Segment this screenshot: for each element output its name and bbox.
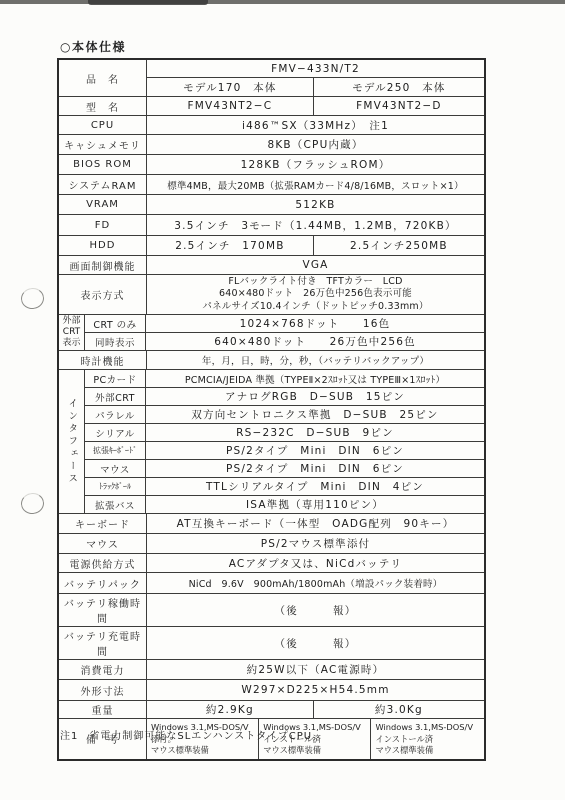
row-label: 消費電力 <box>59 660 147 679</box>
row-bios-rom: BIOS ROM 128KB（フラッシュROM） <box>59 154 484 174</box>
remarks-col-3: Windows 3.1,MS-DOS/V インストール済 マウス標準装備 <box>371 719 484 759</box>
sub-row-value: PS/2タイプ Mini DIN 6ピン <box>146 460 484 477</box>
row-value: （後 報） <box>147 594 484 626</box>
interface-group-label-text: インタフェース <box>66 398 77 486</box>
sub-row-value: PCMCIA/JEIDA 準拠（TYPEⅡ×2ｽﾛｯﾄ又は TYPEⅢ×1ｽﾛｯ… <box>146 370 484 387</box>
row-power-supply: 電源供給方式 ACアダプタ又は、NiCdバッテリ <box>59 553 484 572</box>
sub-row-label: CRT のみ <box>85 315 146 332</box>
row-label: 表示方式 <box>59 275 147 314</box>
row-battery-run-time: バッテリ稼働時間 （後 報） <box>59 593 484 626</box>
scan-artifact-top-band <box>0 0 565 4</box>
sub-row-value: アナログRGB D−SUB 15ピン <box>146 388 484 405</box>
row-label: FD <box>59 215 147 235</box>
sub-row-label: 外部CRT <box>85 388 146 405</box>
row-value: 8KB（CPU内蔵） <box>147 135 484 154</box>
row-label: バッテリ稼働時間 <box>59 594 147 626</box>
row-battery-pack: バッテリパック NiCd 9.6V 900mAh/1800mAh（増設パック装着… <box>59 572 484 593</box>
product-model-170: モデル170 本体 <box>147 78 314 96</box>
model-no-b: FMV43NT2−D <box>314 97 484 115</box>
row-value: FLバックライト付き TFTカラー LCD 640×480ドット 26万色中25… <box>147 275 484 314</box>
ext-crt-group-label: 外部 CRT 表示 <box>59 315 85 350</box>
sub-row-value: 640×480ドット 26万色中256色 <box>146 333 484 350</box>
row-value: i486™SX（33MHz） 注1 <box>147 116 484 134</box>
sub-row-label: マウス <box>85 460 146 477</box>
sub-row-value: 双方向セントロニクス準拠 D−SUB 25ピン <box>146 406 484 423</box>
row-label: BIOS ROM <box>59 155 147 174</box>
row-value: 3.5インチ 3モード（1.44MB，1.2MB，720KB） <box>147 215 484 235</box>
interface-row-ext-keyboard: 拡張ｷｰﾎﾞｰﾄﾞ PS/2タイプ Mini DIN 6ピン <box>85 441 484 459</box>
punch-hole-mark <box>20 492 46 516</box>
product-model-250: モデル250 本体 <box>314 78 484 96</box>
row-value: PS/2マウス標準添付 <box>147 534 484 553</box>
sub-row-label: 同時表示 <box>85 333 146 350</box>
row-label: マウス <box>59 534 147 553</box>
sub-row-value: 1024×768ドット 16色 <box>146 315 484 332</box>
hdd-a: 2.5インチ 170MB <box>147 236 314 255</box>
row-label: バッテリ充電時間 <box>59 627 147 659</box>
model-no-a: FMV43NT2−C <box>147 97 314 115</box>
sub-row-value: RS−232C D−SUB 9ピン <box>146 424 484 441</box>
weight-a: 約2.9Kg <box>147 701 314 718</box>
scanned-spec-page: ○本体仕様 品 名 FMV−433N/T2 モデル170 本体 モデル250 本… <box>0 0 565 800</box>
row-product: 品 名 FMV−433N/T2 モデル170 本体 モデル250 本体 <box>59 60 484 96</box>
row-value: 128KB（フラッシュROM） <box>147 155 484 174</box>
row-mouse: マウス PS/2マウス標準添付 <box>59 533 484 553</box>
interface-row-ext-bus: 拡張バス ISA準拠（専用110ピン） <box>85 495 484 513</box>
row-label: 時計機能 <box>59 351 147 369</box>
weight-b: 約3.0Kg <box>314 701 484 718</box>
sub-row-label: 拡張バス <box>85 496 146 513</box>
row-system-ram: システムRAM 標準4MB，最大20MB（拡張RAMカード4/8/16MB，スロ… <box>59 174 484 194</box>
row-interface-group: インタフェース PCカード PCMCIA/JEIDA 準拠（TYPEⅡ×2ｽﾛｯ… <box>59 369 484 513</box>
row-label: キーボード <box>59 514 147 533</box>
row-value: NiCd 9.6V 900mAh/1800mAh（増設パック装着時） <box>147 573 484 593</box>
row-display-mode: 表示方式 FLバックライト付き TFTカラー LCD 640×480ドット 26… <box>59 274 484 314</box>
hdd-b: 2.5インチ250MB <box>314 236 484 255</box>
row-label: 画面制御機能 <box>59 256 147 274</box>
row-cpu: CPU i486™SX（33MHz） 注1 <box>59 115 484 134</box>
spec-table: 品 名 FMV−433N/T2 モデル170 本体 モデル250 本体 型 名 … <box>57 58 486 761</box>
row-vram: VRAM 512KB <box>59 194 484 214</box>
row-label: 外形寸法 <box>59 680 147 700</box>
interface-row-parallel: パラレル 双方向セントロニクス準拠 D−SUB 25ピン <box>85 405 484 423</box>
row-value: VGA <box>147 256 484 274</box>
row-display-ctrl: 画面制御機能 VGA <box>59 255 484 274</box>
row-label: HDD <box>59 236 147 255</box>
interface-group-label: インタフェース <box>59 370 85 513</box>
row-hdd: HDD 2.5インチ 170MB 2.5インチ250MB <box>59 235 484 255</box>
interface-row-ext-crt: 外部CRT アナログRGB D−SUB 15ピン <box>85 387 484 405</box>
sub-row-label: ﾄﾗｯｸﾎﾞｰﾙ <box>85 478 146 495</box>
row-label: 電源供給方式 <box>59 554 147 572</box>
row-ext-crt: 外部 CRT 表示 CRT のみ 1024×768ドット 16色 同時表示 64… <box>59 314 484 350</box>
row-dimensions: 外形寸法 W297×D225×H54.5mm <box>59 679 484 700</box>
sub-row-label: シリアル <box>85 424 146 441</box>
row-label: VRAM <box>59 195 147 214</box>
row-value: 512KB <box>147 195 484 214</box>
interface-row-trackball: ﾄﾗｯｸﾎﾞｰﾙ TTLシリアルタイプ Mini DIN 4ピン <box>85 477 484 495</box>
product-series: FMV−433N/T2 <box>147 60 484 78</box>
sub-row-value: ISA準拠（専用110ピン） <box>146 496 484 513</box>
sub-row-value: PS/2タイプ Mini DIN 6ピン <box>146 442 484 459</box>
row-label: 型 名 <box>59 97 147 115</box>
interface-row-mouse: マウス PS/2タイプ Mini DIN 6ピン <box>85 459 484 477</box>
interface-row-pc-card: PCカード PCMCIA/JEIDA 準拠（TYPEⅡ×2ｽﾛｯﾄ又は TYPE… <box>85 370 484 387</box>
row-label: 重量 <box>59 701 147 718</box>
row-model-no: 型 名 FMV43NT2−C FMV43NT2−D <box>59 96 484 115</box>
punch-hole-mark <box>20 287 46 311</box>
row-value: 年，月，日，時，分，秒，（バッテリバックアップ） <box>147 351 484 369</box>
row-clock: 時計機能 年，月，日，時，分，秒，（バッテリバックアップ） <box>59 350 484 369</box>
row-value: AT互換キーボード（一体型 OADG配列 90キー） <box>147 514 484 533</box>
sub-row-label: パラレル <box>85 406 146 423</box>
row-keyboard: キーボード AT互換キーボード（一体型 OADG配列 90キー） <box>59 513 484 533</box>
row-cache: キャシュメモリ 8KB（CPU内蔵） <box>59 134 484 154</box>
row-label: バッテリパック <box>59 573 147 593</box>
row-value: ACアダプタ又は、NiCdバッテリ <box>147 554 484 572</box>
footnote: 注1 省電力制御可能なSLエンハンストタイプCPU。 <box>60 727 323 742</box>
row-value: W297×D225×H54.5mm <box>147 680 484 700</box>
ext-crt-only-row: CRT のみ 1024×768ドット 16色 <box>85 315 484 332</box>
row-power-consumption: 消費電力 約25W以下（AC電源時） <box>59 659 484 679</box>
row-label: 品 名 <box>59 60 147 96</box>
sub-row-label: PCカード <box>85 370 146 387</box>
row-value: （後 報） <box>147 627 484 659</box>
row-battery-charge-time: バッテリ充電時間 （後 報） <box>59 626 484 659</box>
row-fd: FD 3.5インチ 3モード（1.44MB，1.2MB，720KB） <box>59 214 484 235</box>
page-title: ○本体仕様 <box>60 38 126 55</box>
row-label: CPU <box>59 116 147 134</box>
row-weight: 重量 約2.9Kg 約3.0Kg <box>59 700 484 718</box>
row-label: システムRAM <box>59 175 147 194</box>
sub-row-value: TTLシリアルタイプ Mini DIN 4ピン <box>146 478 484 495</box>
row-value: 約25W以下（AC電源時） <box>147 660 484 679</box>
row-label: キャシュメモリ <box>59 135 147 154</box>
interface-row-serial: シリアル RS−232C D−SUB 9ピン <box>85 423 484 441</box>
scan-artifact-blob <box>88 0 208 5</box>
row-value: 標準4MB，最大20MB（拡張RAMカード4/8/16MB，スロット×1） <box>147 175 484 194</box>
ext-crt-simul-row: 同時表示 640×480ドット 26万色中256色 <box>85 332 484 350</box>
sub-row-label: 拡張ｷｰﾎﾞｰﾄﾞ <box>85 442 146 459</box>
